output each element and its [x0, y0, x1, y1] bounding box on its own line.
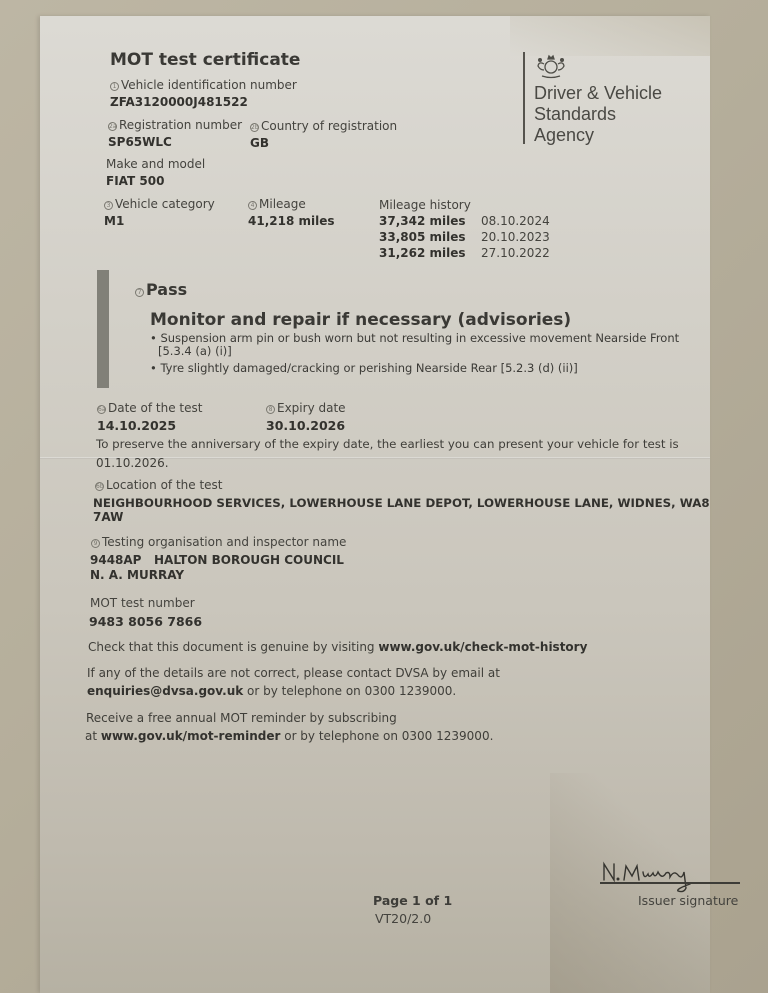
- vehicle-category-label: 3Vehicle category: [104, 197, 215, 211]
- field-number-icon: 1: [110, 82, 119, 91]
- mot-reminder-link[interactable]: www.gov.uk/mot-reminder: [101, 729, 281, 743]
- location-line1: NEIGHBOURHOOD SERVICES, LOWERHOUSE LANE …: [93, 496, 710, 510]
- registration-value: SP65WLC: [108, 135, 172, 149]
- country-label: 2bCountry of registration: [250, 119, 397, 133]
- field-number-icon: 6b: [95, 482, 104, 491]
- contact-text: If any of the details are not correct, p…: [87, 666, 500, 680]
- vehicle-category-value: M1: [104, 214, 124, 228]
- history-mileage: 31,262 miles: [379, 246, 466, 260]
- reminder-details: at www.gov.uk/mot-reminder or by telepho…: [85, 729, 493, 743]
- history-date: 20.10.2023: [481, 230, 550, 244]
- earliest-test-note: To preserve the anniversary of the expir…: [96, 437, 679, 451]
- contact-details: enquiries@dvsa.gov.uk or by telephone on…: [87, 684, 456, 698]
- mot-test-number-value: 9483 8056 7866: [89, 614, 202, 629]
- field-number-icon: 4: [248, 201, 257, 210]
- dvsa-email-link[interactable]: enquiries@dvsa.gov.uk: [87, 684, 243, 698]
- field-number-icon: 2b: [250, 123, 259, 132]
- testing-organisation: 9448AP HALTON BOROUGH COUNCIL: [90, 553, 344, 567]
- advisories-title: Monitor and repair if necessary (advisor…: [150, 310, 571, 330]
- inspector-name: N. A. MURRAY: [90, 568, 184, 582]
- test-result: 7Pass: [135, 280, 187, 299]
- mileage-history-label: Mileage history: [379, 198, 471, 212]
- signature-label: Issuer signature: [638, 893, 738, 908]
- advisory-item: • Tyre slightly damaged/cracking or peri…: [150, 362, 578, 375]
- history-date: 27.10.2022: [481, 246, 550, 260]
- field-number-icon: 2a: [108, 122, 117, 131]
- tester-label: 9Testing organisation and inspector name: [91, 535, 346, 549]
- advisory-reference: [5.3.4 (a) (i)]: [158, 345, 232, 358]
- history-date: 08.10.2024: [481, 214, 550, 228]
- expiry-date-value: 30.10.2026: [266, 418, 345, 433]
- location-line2: 7AW: [93, 510, 123, 524]
- field-number-icon: 9: [91, 539, 100, 548]
- expiry-date-label: 8Expiry date: [266, 401, 346, 415]
- agency-name: Driver & Vehicle Standards Agency: [534, 83, 662, 146]
- test-date-value: 14.10.2025: [97, 418, 176, 433]
- issuer-signature: [600, 858, 740, 894]
- page-number: Page 1 of 1: [373, 893, 452, 908]
- country-value: GB: [250, 136, 269, 150]
- field-number-icon: 8: [266, 405, 275, 414]
- reminder-text: Receive a free annual MOT reminder by su…: [86, 711, 397, 725]
- check-mot-history-link[interactable]: www.gov.uk/check-mot-history: [378, 640, 587, 654]
- mot-test-number-label: MOT test number: [90, 596, 195, 610]
- royal-coat-of-arms-icon: [534, 52, 568, 80]
- earliest-test-date: 01.10.2026.: [96, 456, 169, 470]
- form-code: VT20/2.0: [375, 911, 431, 926]
- vin-value: ZFA3120000J481522: [110, 95, 248, 109]
- document-title: MOT test certificate: [110, 50, 300, 70]
- check-genuine-text: Check that this document is genuine by v…: [88, 640, 587, 654]
- field-number-icon: 6a: [97, 405, 106, 414]
- logo-divider: [523, 52, 525, 144]
- paper-fold: [510, 16, 710, 56]
- vin-label: 1Vehicle identification number: [110, 78, 297, 92]
- history-mileage: 37,342 miles: [379, 214, 466, 228]
- make-model-label: Make and model: [106, 157, 205, 171]
- mileage-label: 4Mileage: [248, 197, 306, 211]
- result-bar: [97, 270, 109, 388]
- registration-label: 2aRegistration number: [108, 118, 242, 132]
- make-model-value: FIAT 500: [106, 174, 164, 188]
- location-label: 6bLocation of the test: [95, 478, 223, 492]
- test-date-label: 6aDate of the test: [97, 401, 202, 415]
- field-number-icon: 7: [135, 288, 144, 297]
- field-number-icon: 3: [104, 201, 113, 210]
- mileage-value: 41,218 miles: [248, 214, 335, 228]
- signature-line: [600, 882, 740, 884]
- history-mileage: 33,805 miles: [379, 230, 466, 244]
